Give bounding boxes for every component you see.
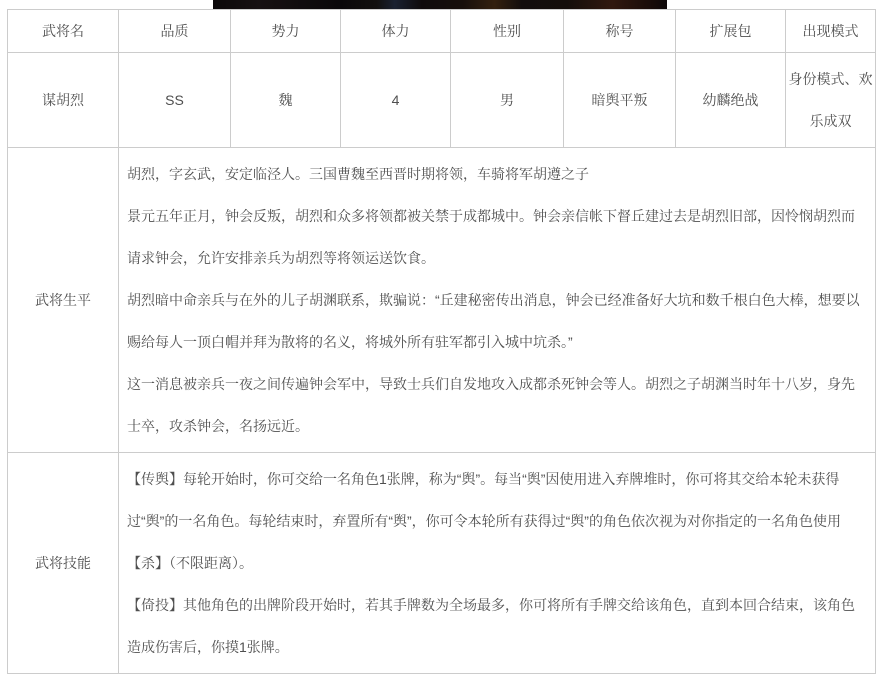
biography-content: 胡烈，字玄武，安定临泾人。三国曹魏至西晋时期将领，车骑将军胡遵之子 景元五年正月…: [119, 148, 876, 453]
skill-paragraph: 【倚投】其他角色的出牌阶段开始时，若其手牌数为全场最多，你可将所有手牌交给该角色…: [127, 584, 867, 668]
header-expansion: 扩展包: [676, 10, 786, 53]
general-info-table: 武将名 品质 势力 体力 性别 称号 扩展包 出现模式 谋胡烈 SS 魏 4 男…: [7, 9, 876, 674]
skills-label: 武将技能: [8, 453, 119, 674]
header-modes: 出现模式: [786, 10, 876, 53]
value-modes: 身份模式、欢乐成双: [786, 53, 876, 148]
value-quality: SS: [119, 53, 231, 148]
biography-paragraph: 胡烈，字玄武，安定临泾人。三国曹魏至西晋时期将领，车骑将军胡遵之子: [127, 153, 867, 195]
skills-row: 武将技能 【传舆】每轮开始时，你可交给一名角色1张牌，称为“舆”。每当“舆”因使…: [8, 453, 876, 674]
value-faction: 魏: [231, 53, 341, 148]
header-general-name: 武将名: [8, 10, 119, 53]
header-title: 称号: [564, 10, 676, 53]
header-faction: 势力: [231, 10, 341, 53]
header-quality: 品质: [119, 10, 231, 53]
biography-label: 武将生平: [8, 148, 119, 453]
skill-paragraph: 【传舆】每轮开始时，你可交给一名角色1张牌，称为“舆”。每当“舆”因使用进入弃牌…: [127, 458, 867, 584]
biography-paragraph: 这一消息被亲兵一夜之间传遍钟会军中，导致士兵们自发地攻入成都杀死钟会等人。胡烈之…: [127, 363, 867, 447]
biography-paragraph: 胡烈暗中命亲兵与在外的儿子胡渊联系，欺骗说：“丘建秘密传出消息，钟会已经准备好大…: [127, 279, 867, 363]
value-health: 4: [341, 53, 451, 148]
value-gender: 男: [451, 53, 564, 148]
banner-image-strip: [213, 0, 667, 9]
value-general-name: 谋胡烈: [8, 53, 119, 148]
biography-row: 武将生平 胡烈，字玄武，安定临泾人。三国曹魏至西晋时期将领，车骑将军胡遵之子 景…: [8, 148, 876, 453]
header-gender: 性别: [451, 10, 564, 53]
skills-content: 【传舆】每轮开始时，你可交给一名角色1张牌，称为“舆”。每当“舆”因使用进入弃牌…: [119, 453, 876, 674]
biography-paragraph: 景元五年正月，钟会反叛，胡烈和众多将领都被关禁于成都城中。钟会亲信帐下督丘建过去…: [127, 195, 867, 279]
value-expansion: 幼麟绝战: [676, 53, 786, 148]
header-health: 体力: [341, 10, 451, 53]
value-title: 暗舆平叛: [564, 53, 676, 148]
value-row: 谋胡烈 SS 魏 4 男 暗舆平叛 幼麟绝战 身份模式、欢乐成双: [8, 53, 876, 148]
header-row: 武将名 品质 势力 体力 性别 称号 扩展包 出现模式: [8, 10, 876, 53]
